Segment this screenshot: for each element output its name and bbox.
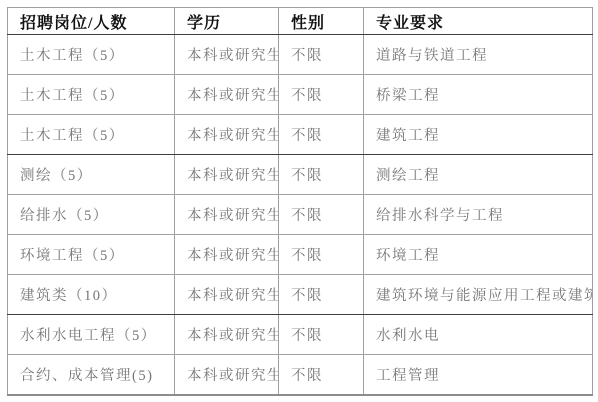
- cell-position: 环境工程（5）: [8, 235, 175, 275]
- cell-education: 本科或研究生: [175, 195, 279, 235]
- cell-gender: 不限: [279, 275, 364, 315]
- cell-education: 本科或研究生: [175, 315, 279, 355]
- cell-gender: 不限: [279, 315, 364, 355]
- recruitment-table: 招聘岗位/人数 学历 性别 专业要求 土木工程（5） 本科或研究生 不限 道路与…: [7, 7, 593, 396]
- cell-education: 本科或研究生: [175, 115, 279, 155]
- cell-position: 水利水电工程（5）: [8, 315, 175, 355]
- table-row: 土木工程（5） 本科或研究生 不限 桥梁工程: [8, 75, 593, 115]
- cell-major: 桥梁工程: [364, 75, 593, 115]
- cell-major: 水利水电: [364, 315, 593, 355]
- cell-position: 合约、成本管理(5): [8, 355, 175, 395]
- column-header-education: 学历: [175, 8, 279, 35]
- cell-gender: 不限: [279, 35, 364, 75]
- cell-major: 建筑工程: [364, 115, 593, 155]
- cell-position: 土木工程（5）: [8, 115, 175, 155]
- table-row: 环境工程（5） 本科或研究生 不限 环境工程: [8, 235, 593, 275]
- table-row: 土木工程（5） 本科或研究生 不限 道路与铁道工程: [8, 35, 593, 75]
- cell-gender: 不限: [279, 195, 364, 235]
- table-body: 土木工程（5） 本科或研究生 不限 道路与铁道工程 土木工程（5） 本科或研究生…: [8, 35, 593, 395]
- table-header: 招聘岗位/人数 学历 性别 专业要求: [8, 8, 593, 35]
- cell-position: 给排水（5）: [8, 195, 175, 235]
- cell-major: 道路与铁道工程: [364, 35, 593, 75]
- column-header-gender: 性别: [279, 8, 364, 35]
- table-row: 给排水（5） 本科或研究生 不限 给排水科学与工程: [8, 195, 593, 235]
- cell-major: 工程管理: [364, 355, 593, 395]
- page: 招聘岗位/人数 学历 性别 专业要求 土木工程（5） 本科或研究生 不限 道路与…: [0, 0, 598, 402]
- header-row: 招聘岗位/人数 学历 性别 专业要求: [8, 8, 593, 35]
- cell-education: 本科或研究生: [175, 355, 279, 395]
- table-row: 建筑类（10） 本科或研究生 不限 建筑环境与能源应用工程或建筑学: [8, 275, 593, 315]
- cell-gender: 不限: [279, 75, 364, 115]
- cell-major: 建筑环境与能源应用工程或建筑学: [364, 275, 593, 315]
- cell-education: 本科或研究生: [175, 275, 279, 315]
- cell-gender: 不限: [279, 155, 364, 195]
- cell-major: 给排水科学与工程: [364, 195, 593, 235]
- table-row: 水利水电工程（5） 本科或研究生 不限 水利水电: [8, 315, 593, 355]
- cell-position: 测绘（5）: [8, 155, 175, 195]
- cell-gender: 不限: [279, 355, 364, 395]
- cell-major: 环境工程: [364, 235, 593, 275]
- column-header-major: 专业要求: [364, 8, 593, 35]
- table-row: 土木工程（5） 本科或研究生 不限 建筑工程: [8, 115, 593, 155]
- cell-position: 建筑类（10）: [8, 275, 175, 315]
- cell-education: 本科或研究生: [175, 35, 279, 75]
- cell-gender: 不限: [279, 235, 364, 275]
- cell-education: 本科或研究生: [175, 235, 279, 275]
- cell-position: 土木工程（5）: [8, 75, 175, 115]
- column-header-position: 招聘岗位/人数: [8, 8, 175, 35]
- cell-education: 本科或研究生: [175, 75, 279, 115]
- cell-major: 测绘工程: [364, 155, 593, 195]
- table-row: 测绘（5） 本科或研究生 不限 测绘工程: [8, 155, 593, 195]
- cell-gender: 不限: [279, 115, 364, 155]
- cell-position: 土木工程（5）: [8, 35, 175, 75]
- table-row: 合约、成本管理(5) 本科或研究生 不限 工程管理: [8, 355, 593, 395]
- cell-education: 本科或研究生: [175, 155, 279, 195]
